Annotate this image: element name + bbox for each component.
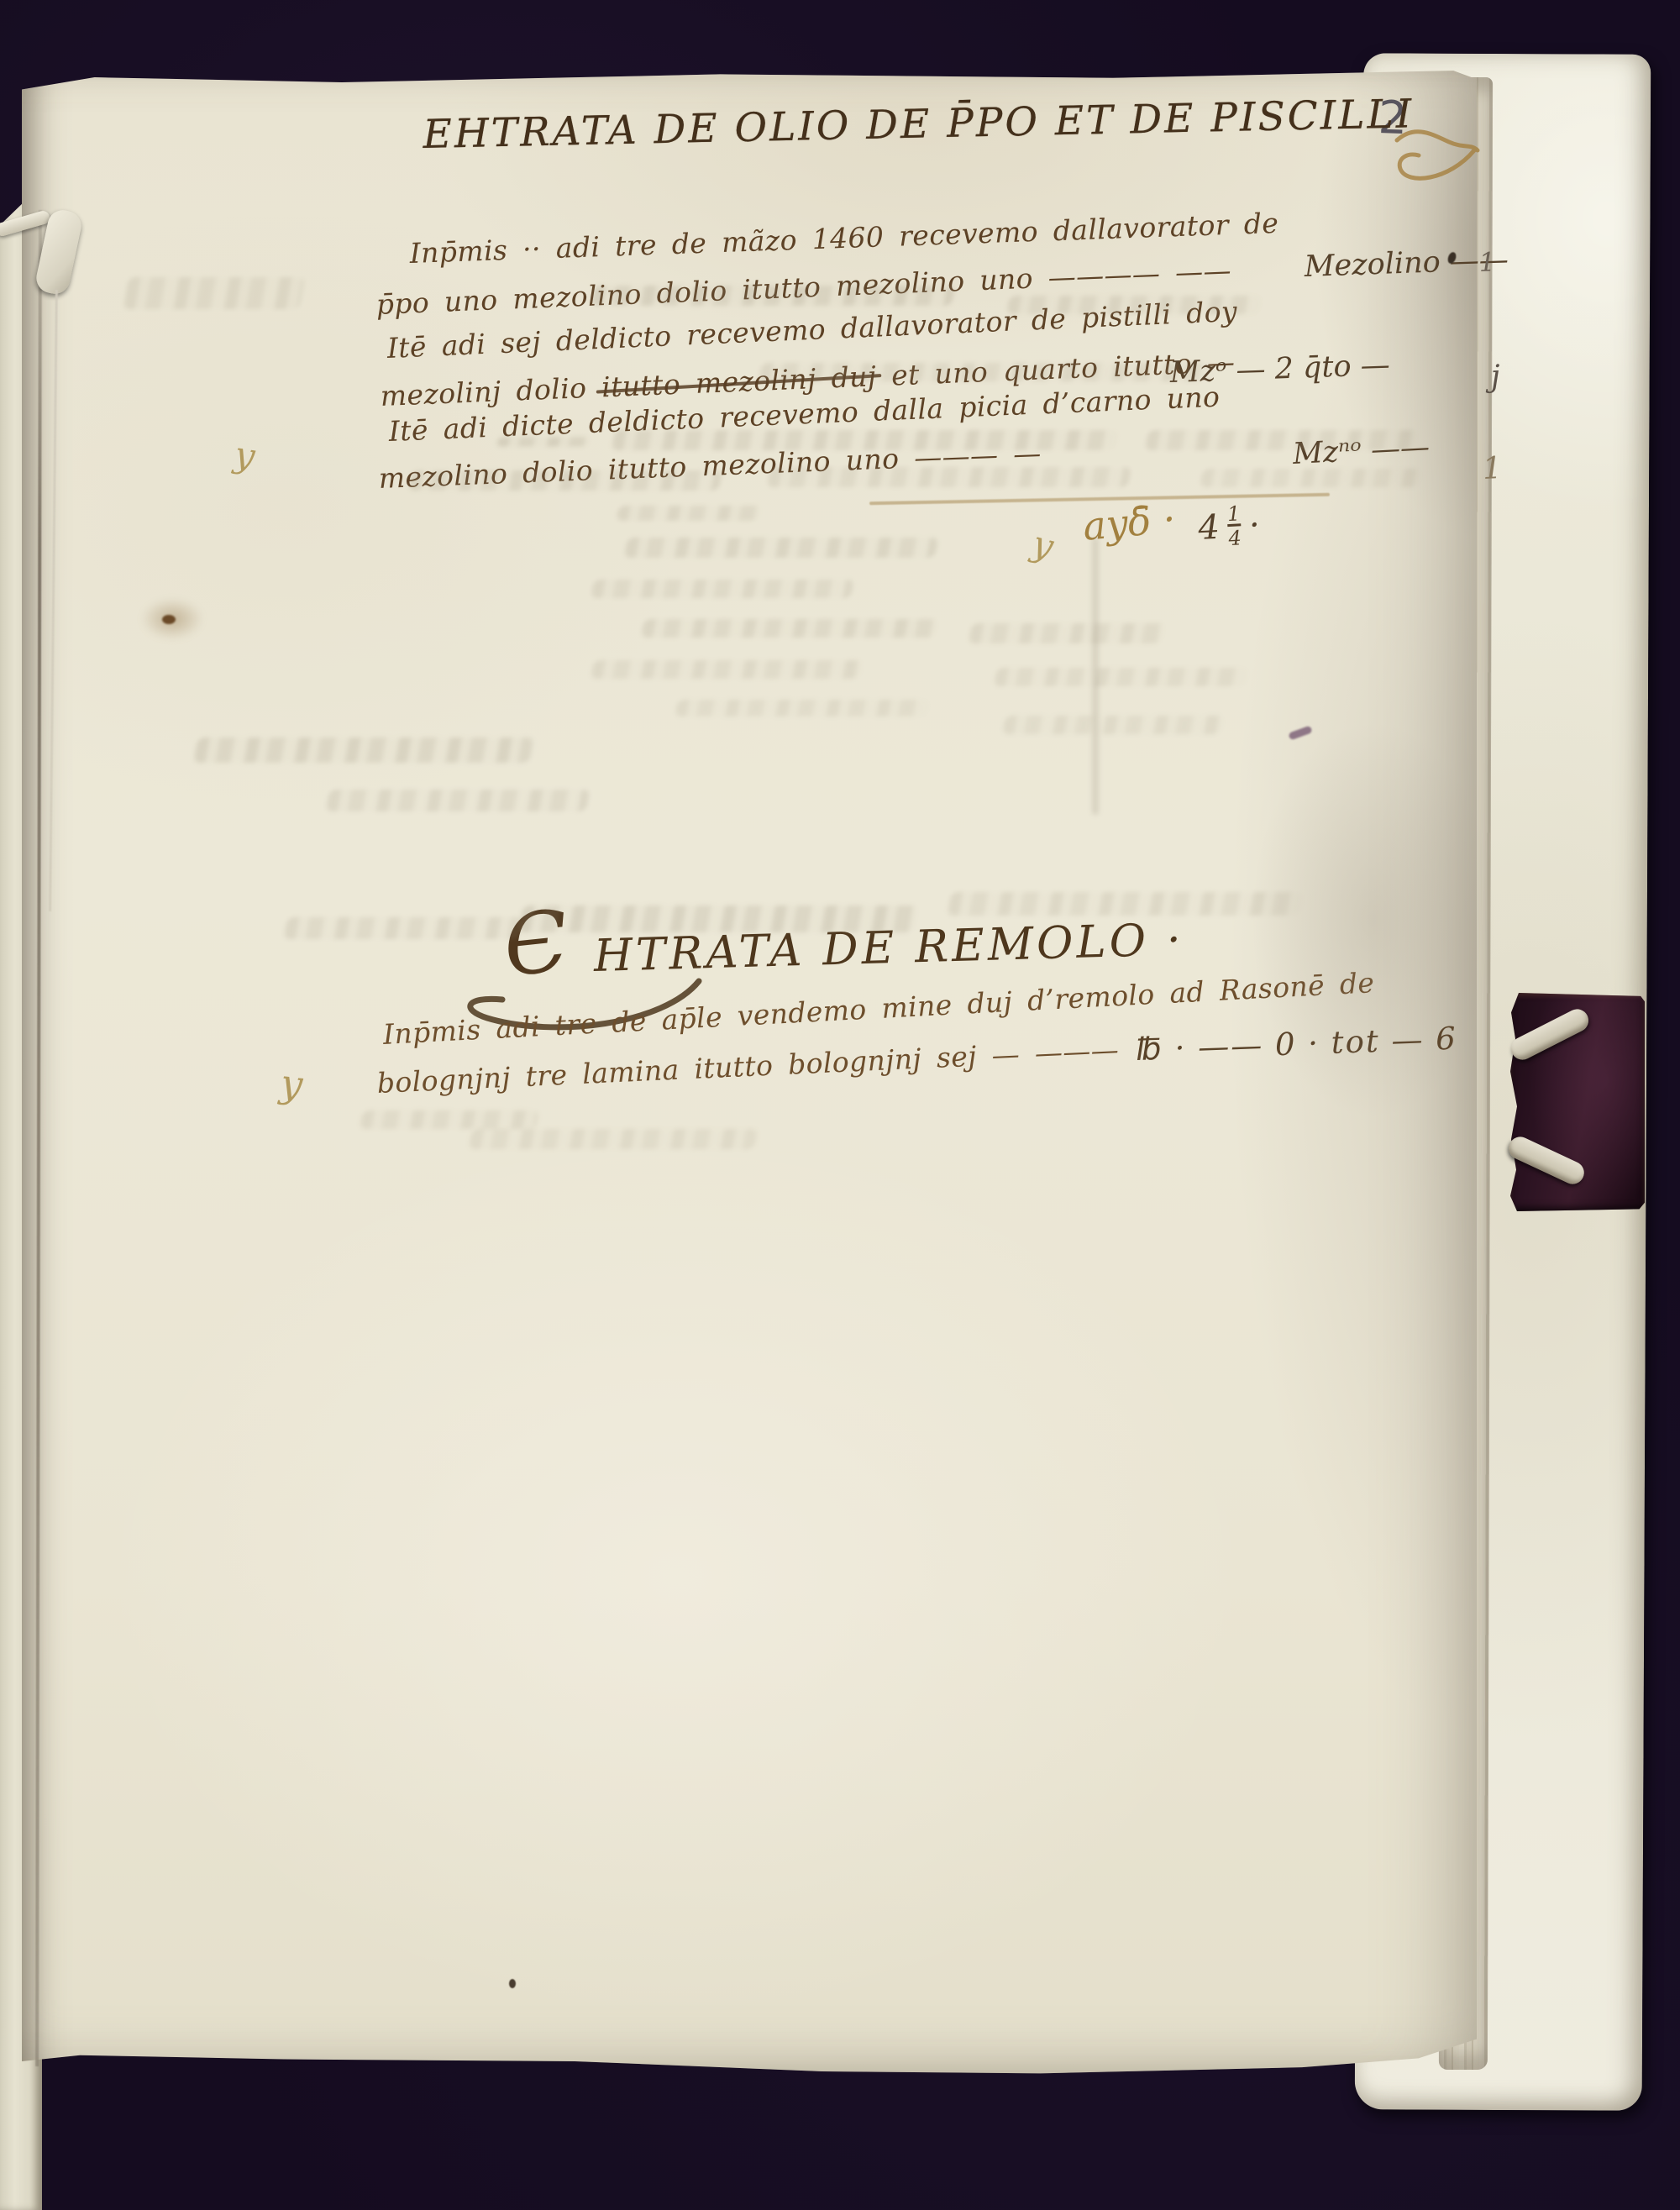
show-through-line [948, 892, 1305, 916]
show-through-line [518, 906, 918, 932]
show-through-line [591, 660, 863, 679]
show-through-line [591, 580, 854, 598]
total-amount-fraction: 1 4 [1226, 503, 1242, 549]
ink-speck [162, 615, 176, 624]
total-amount: 4 1 4 · [1197, 502, 1261, 550]
show-through-line [994, 668, 1249, 686]
gray-smudge [1252, 722, 1495, 1117]
total-amount-int: 4 [1197, 507, 1221, 547]
show-through-line [616, 506, 761, 521]
show-through-line [1145, 430, 1417, 450]
show-through-line [624, 538, 938, 558]
show-through-line [193, 738, 533, 763]
show-through-line [496, 437, 591, 447]
show-through-line [123, 277, 306, 309]
show-through-line [591, 286, 955, 306]
crease-shadow [1092, 538, 1099, 815]
total-trailing-dot: · [1248, 506, 1261, 545]
show-through-line [1002, 716, 1224, 734]
show-through-line [284, 917, 523, 939]
paper-fleck [509, 1979, 516, 1988]
manuscript-photo: 2 EHTRATA DE OLIO DE P̄PO ET DE PISCILLI… [0, 0, 1680, 2210]
show-through-line [759, 363, 1215, 381]
show-through-line [360, 1110, 539, 1129]
show-through-line [969, 623, 1165, 643]
show-through-line [326, 790, 591, 811]
show-through-line [1200, 469, 1421, 487]
show-through-line [469, 1129, 758, 1149]
olio-entry2-amount: j [1490, 360, 1501, 394]
show-through-line [1006, 296, 1262, 314]
olio-entry1-amount: 1 [1478, 247, 1496, 278]
show-through-line [408, 470, 722, 491]
show-through-line [767, 467, 1131, 487]
show-through-line [641, 619, 938, 638]
show-through-line [675, 700, 930, 717]
olio-entry3-amount: 1 [1482, 451, 1503, 486]
show-through-line [612, 430, 1119, 450]
